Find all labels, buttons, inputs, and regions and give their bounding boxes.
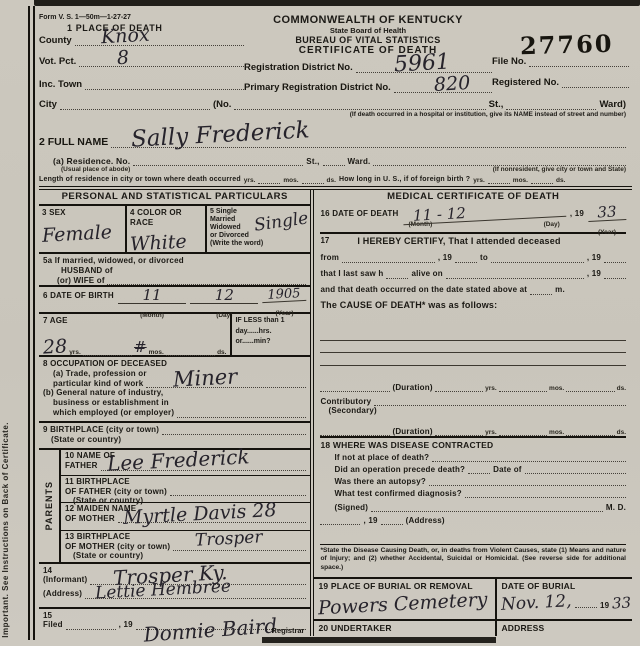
medical-title: MEDICAL CERTIFICATE OF DEATH (320, 190, 626, 204)
q3-label: Was there an autopsy? (334, 477, 425, 487)
test-confirmed-field: What test confirmed diagnosis? (334, 488, 626, 498)
date-of-death-field: 11 - 12 (Month) (Day) (403, 206, 566, 228)
comma-19-label: , 19 (438, 253, 452, 263)
mother-name-row: 12 MAIDEN NAME OF MOTHER Myrtle Davis 28 (61, 503, 310, 531)
age-row: 7 AGE 28 yrs. # mos. ds. IF LESS than 1 (39, 314, 310, 357)
city-label: City (39, 99, 57, 110)
board-title: State Board of Health (244, 26, 492, 35)
registered-no-field: Registered No. (492, 77, 629, 88)
died-label: and that death occurred on the date stat… (320, 285, 527, 295)
yrs-label: yrs. (244, 177, 256, 184)
informant-label: (Informant) (43, 575, 87, 585)
date-of-burial-value: Nov. 12, (501, 592, 572, 616)
where-disease-contracted-block: 18 WHERE WAS DISEASE CONTRACTED If not a… (320, 436, 626, 544)
place-of-burial-field: 19 PLACE OF BURIAL OR REMOVAL Powers Cem… (314, 579, 495, 619)
blank-line (320, 351, 626, 353)
s5a-label: 5a If married, widowed, or divorced (43, 256, 306, 266)
certificate-header: Form V. S. 1—50m—1-27-27 1 PLACE OF DEAT… (39, 6, 632, 93)
duration-field: (Duration) yrs. mos. ds. (320, 376, 626, 392)
blank-line (320, 339, 626, 341)
leader-line (429, 476, 626, 486)
leader-line (566, 426, 614, 436)
race-field: 4 COLOR OR RACE White (125, 206, 205, 252)
leader-line (432, 452, 626, 462)
leader-line (604, 253, 626, 263)
date-of-death-row: 16 DATE OF DEATH 11 - 12 (Month) (Day) ,… (320, 204, 626, 234)
ds-label: ds. (556, 177, 565, 184)
birthplace-row: 9 BIRTHPLACE (city or town) (State or co… (39, 423, 310, 450)
full-name-label: 2 FULL NAME (39, 136, 108, 148)
age-label: 7 AGE (43, 316, 226, 326)
signed-date-field: , 19 (Address) (320, 515, 626, 525)
leader-line (525, 464, 626, 474)
md-label: M. D. (606, 503, 626, 513)
day-caption: (Day) (544, 221, 560, 228)
dob-day-value: 12 (190, 289, 258, 304)
father-birthplace-label: OF FATHER (city or town) (65, 487, 167, 497)
residence-label: (a) Residence. No. (53, 156, 130, 166)
leader-line (531, 174, 553, 184)
dob-label: 6 DATE OF BIRTH (43, 289, 114, 301)
leader-line (177, 408, 306, 418)
filed-label: Filed (43, 620, 63, 630)
ds-label: ds. (327, 177, 336, 184)
residence-st-label: St., (306, 157, 319, 167)
registration-district-label: Registration District No. (244, 62, 353, 73)
leader-line (465, 488, 626, 498)
leader-line (170, 486, 306, 496)
father-name-row: 10 NAME OF FATHER Lee Frederick (61, 450, 310, 476)
city-no-label: (No. (213, 99, 231, 110)
undertaker-field: 20 UNDERTAKER (314, 621, 495, 636)
registrar-label: Registrar (272, 626, 305, 635)
leader-line (258, 174, 280, 184)
leader-line (162, 425, 306, 435)
mother-birthplace-label: 13 BIRTHPLACE (65, 532, 306, 542)
ds-label: ds. (617, 385, 626, 392)
autopsy-field: Was there an autopsy? (334, 476, 626, 486)
leader-line (499, 382, 547, 392)
m-label: m. (555, 285, 565, 295)
leader-line (562, 78, 629, 88)
leader-line (468, 464, 490, 474)
ifless-line: IF LESS than 1 (235, 316, 307, 327)
certificate-title: CERTIFICATE OF DEATH (244, 45, 492, 56)
death-occurred-field: and that death occurred on the date stat… (320, 285, 626, 295)
occupation-a-line: particular kind of work (53, 379, 143, 389)
certificate-body: Form V. S. 1—50m—1-27-27 1 PLACE OF DEAT… (28, 6, 632, 640)
undertaker-address-field: ADDRESS (495, 621, 632, 636)
birthplace-label: 9 BIRTHPLACE (city or town) (43, 425, 159, 435)
burial-19-label: 19 (600, 601, 609, 611)
date-of-burial-field: DATE OF BURIAL Nov. 12, 19 33 (495, 579, 632, 619)
certify-number: 17 (320, 236, 329, 247)
comma-19-label: , 19 (587, 253, 601, 263)
leader-line (530, 285, 552, 295)
birthplace-sub-label: (State or country) (51, 435, 306, 445)
yrs-label: yrs. (473, 177, 485, 184)
city-st-label: St., (489, 99, 504, 110)
informant-row: 14 (Informant) Trosper Ky. (Address) Let… (39, 564, 310, 609)
parents-block: PARENTS 10 NAME OF FATHER Lee Frederick (39, 450, 310, 564)
form-number: Form V. S. 1—50m—1-27-27 (39, 14, 244, 21)
parents-label: PARENTS (44, 481, 54, 530)
mos-label: mos. (549, 385, 564, 392)
leader-line (374, 396, 626, 406)
leader-line (133, 156, 303, 166)
death-year-value: 33 (588, 205, 627, 221)
residence-note-nonresident: (If nonresident, give city or town and S… (493, 166, 626, 173)
age-field: 7 AGE 28 yrs. # mos. ds. (39, 314, 230, 355)
husband-wife-row: 5a If married, widowed, or divorced HUSB… (39, 254, 310, 287)
primary-registration-district-label: Primary Registration District No. (244, 82, 391, 93)
vot-pct-field: Vot. Pct. 8 (39, 56, 244, 67)
race-value: White (130, 234, 188, 254)
certify-label: I HEREBY CERTIFY, That I attended deceas… (357, 236, 560, 247)
duration-field-2: (Duration) yrs. mos. ds. (320, 420, 626, 436)
residence-field: (a) Residence. No. St., Ward. (39, 156, 626, 166)
upper-section: City (No. St., Ward) (If death occurred … (39, 99, 632, 184)
from-label: from (320, 253, 339, 263)
cause-of-death-lines (320, 328, 626, 376)
disease-contracted-label: 18 WHERE WAS DISEASE CONTRACTED (320, 440, 626, 450)
occupation-value: Miner (172, 365, 237, 392)
mos-label: mos. (283, 177, 298, 184)
marital-line: (Write the word) (210, 240, 307, 248)
race-label: 4 COLOR OR RACE (130, 208, 202, 227)
leader-line (455, 253, 477, 263)
dob-year-value: 1905 (262, 288, 307, 303)
comma-19-label: , 19 (363, 516, 377, 526)
last-saw-field: that I last saw h alive on , 19 (320, 269, 626, 279)
undertaker-row: 20 UNDERTAKER ADDRESS (314, 619, 632, 636)
columns: PERSONAL AND STATISTICAL PARTICULARS 3 S… (39, 186, 632, 636)
county-field: County Knox (39, 35, 244, 46)
informant-address-field: (Address) Lettie Hembree (43, 589, 306, 599)
leader-line (488, 174, 510, 184)
date-of-birth-row: 6 DATE OF BIRTH 11 (Month) 12 (Day) 1905… (39, 287, 310, 314)
secondary-label: (Secondary) (328, 406, 626, 416)
city-ward-label: Ward) (599, 99, 626, 110)
leader-line (342, 253, 435, 263)
residence-note-abode: (Usual place of abode) (61, 166, 130, 173)
father-birthplace-label: 11 BIRTHPLACE (65, 477, 306, 487)
q2-label: Did an operation precede death? (334, 465, 465, 475)
dob-month-value: 11 (118, 289, 186, 304)
inc-town-label: Inc. Town (39, 79, 82, 90)
bureau-title: BUREAU OF VITAL STATISTICS (244, 35, 492, 45)
leader-line (435, 426, 483, 436)
leader-line (320, 515, 360, 525)
residence-notes: (Usual place of abode) (If nonresident, … (39, 166, 626, 173)
howlong-label: How long in U. S., if of foreign birth ? (339, 176, 470, 184)
to-label: to (480, 253, 488, 263)
mother-birthplace-field: OF MOTHER (city or town) Trosper (65, 541, 306, 551)
filed-field: Filed , 19 Donnie Baird (43, 620, 306, 630)
leader-line (386, 269, 408, 279)
leader-line (320, 382, 390, 392)
mos-label: mos. (149, 349, 164, 356)
not-at-place-field: If not at place of death? (334, 452, 626, 462)
ds-label: ds. (617, 429, 626, 436)
certify-heading: 17 I HEREBY CERTIFY, That I attended dec… (320, 236, 626, 247)
occupation-value-field: particular kind of work Miner (53, 378, 306, 388)
ds-label: ds. (217, 349, 226, 356)
primary-registration-district-value: 820 (434, 75, 471, 94)
leader-line (234, 100, 485, 110)
sex-race-marital-row: 3 SEX Female 4 COLOR OR RACE White 5 Sin… (39, 206, 310, 254)
ifless-line: or......min? (235, 337, 307, 348)
registered-no-label: Registered No. (492, 77, 559, 88)
commonwealth-title: COMMONWEALTH OF KENTUCKY (244, 14, 492, 26)
leader-line (604, 269, 626, 279)
father-birthplace-field: OF FATHER (city or town) (65, 486, 306, 496)
vot-pct-value: 8 (117, 50, 130, 68)
city-note: (If death occurred in a hospital or inst… (39, 111, 626, 118)
residence-ward-label: Ward. (348, 157, 371, 167)
sex-field: 3 SEX Female (39, 206, 125, 252)
footnote: *State the Disease Causing Death, or, in… (320, 544, 626, 577)
file-number-stamp: 27760 (519, 29, 613, 60)
certify-block: 17 I HEREBY CERTIFY, That I attended dec… (320, 234, 626, 328)
date-of-burial-label: DATE OF BURIAL (501, 581, 628, 591)
place-of-death-heading: 1 PLACE OF DEATH (67, 23, 244, 33)
sex-value: Female (42, 224, 113, 245)
occupation-b-line: which employed (or employer) (53, 408, 174, 418)
ifless-line: day......hrs. (235, 327, 307, 338)
leader-line (320, 426, 390, 436)
occupation-b-line: business or establishment in (53, 398, 306, 408)
father-name-field: FATHER Lee Frederick (65, 461, 306, 471)
comma-19-label: , 19 (570, 206, 584, 219)
yrs-label: yrs. (485, 429, 497, 436)
registration-district-field: Registration District No. 5961 (244, 62, 492, 73)
mother-birthplace-value: Trosper (195, 528, 263, 552)
leader-line (66, 620, 116, 630)
father-label: FATHER (65, 461, 98, 471)
leader-line (166, 346, 215, 356)
leader-line (446, 269, 584, 279)
medical-column: MEDICAL CERTIFICATE OF DEATH 16 DATE OF … (314, 190, 632, 636)
yrs-label: yrs. (485, 385, 497, 392)
burial-year-value: 33 (612, 594, 632, 613)
leader-line (499, 426, 547, 436)
leader-line (302, 174, 324, 184)
duration-label: (Duration) (392, 383, 432, 393)
sex-label: 3 SEX (42, 208, 122, 218)
mos-label: mos. (549, 429, 564, 436)
q4-label: What test confirmed diagnosis? (334, 489, 461, 499)
mother-birthplace-label: OF MOTHER (city or town) (65, 542, 170, 552)
filed-19-label: , 19 (119, 620, 133, 630)
side-margin-note: Important. See Instructions on Back of C… (1, 422, 10, 638)
operation-field: Did an operation precede death? Date of (334, 464, 626, 474)
place-of-burial-value: Powers Cemetery (318, 589, 488, 620)
blank-line (320, 364, 626, 366)
yrs-label: yrs. (69, 349, 81, 356)
if-less-than-one-day-cell: IF LESS than 1 day......hrs. or......min… (230, 314, 310, 355)
mother-name-field: OF MOTHER Myrtle Davis 28 (65, 513, 306, 523)
q1-label: If not at place of death? (334, 453, 429, 463)
leader-line (85, 80, 244, 90)
birthplace-field: 9 BIRTHPLACE (city or town) (43, 425, 306, 435)
personal-column: PERSONAL AND STATISTICAL PARTICULARS 3 S… (39, 190, 314, 636)
signed-field: (Signed) M. D. (334, 502, 626, 512)
leader-line (107, 275, 307, 285)
undertaker-label: 20 UNDERTAKER (318, 623, 491, 633)
leader-line (435, 382, 483, 392)
leader-line (491, 253, 584, 263)
vot-pct-label: Vot. Pct. (39, 56, 76, 67)
date-of-death-label: 16 DATE OF DEATH (320, 206, 398, 219)
burial-row: 19 PLACE OF BURIAL OR REMOVAL Powers Cem… (314, 577, 632, 619)
leader-line (323, 156, 345, 166)
contributory-field: Contributory (Secondary) (320, 392, 626, 420)
husband-of-label: HUSBAND of (61, 266, 306, 276)
filed-row: 15 Filed , 19 Donnie Baird Registrar (39, 609, 310, 636)
duration-label: (Duration) (392, 427, 432, 437)
header-center: COMMONWEALTH OF KENTUCKY State Board of … (244, 14, 492, 93)
comma-19-label: , 19 (587, 269, 601, 279)
address-caption: (Address) (406, 516, 445, 526)
header-right: 27760 File No. Registered No. (492, 14, 639, 93)
leader-line (506, 100, 596, 110)
inc-town-field: Inc. Town (39, 79, 244, 90)
leader-line (371, 502, 603, 512)
county-label: County (39, 35, 72, 46)
occupation-row: 8 OCCUPATION OF DECEASED (a) Trade, prof… (39, 357, 310, 422)
mos-label: mos. (513, 177, 528, 184)
leader-line (79, 57, 244, 67)
signed-label: (Signed) (334, 503, 368, 513)
lastsaw-label: that I last saw h (320, 269, 383, 279)
registration-district-value: 5961 (394, 53, 451, 76)
leader-line (60, 100, 210, 110)
age-years-value: 28 (43, 338, 68, 356)
wife-of-label: (or) WIFE of (57, 276, 105, 286)
mother-birthplace-row: 13 BIRTHPLACE OF MOTHER (city or town) T… (61, 531, 310, 562)
city-field: City (No. St., Ward) (39, 99, 626, 110)
length-of-residence-field: Length of residence in city or town wher… (39, 174, 626, 184)
age-months-scribble: # (134, 338, 147, 356)
length-label: Length of residence in city or town wher… (39, 176, 241, 184)
informant-address-label: (Address) (43, 589, 82, 599)
leader-line (373, 156, 626, 166)
county-value: Knox (101, 27, 150, 47)
marital-field: 5 Single Married Widowed or Divorced (Wr… (205, 206, 310, 252)
parents-vertical-label: PARENTS (39, 450, 61, 562)
leader-line (566, 382, 614, 392)
leader-line (83, 346, 132, 356)
header-left: Form V. S. 1—50m—1-27-27 1 PLACE OF DEAT… (39, 14, 244, 93)
mother-label: OF MOTHER (65, 514, 115, 524)
full-name-field: 2 FULL NAME Sally Frederick (39, 126, 626, 148)
personal-title: PERSONAL AND STATISTICAL PARTICULARS (39, 190, 310, 206)
cause-of-death-label: The CAUSE OF DEATH* was as follows: (320, 300, 626, 311)
undertaker-address-label: ADDRESS (501, 623, 628, 633)
parents-rows: 10 NAME OF FATHER Lee Frederick 11 BIRTH… (61, 450, 310, 562)
mother-birthplace-sub: (State or country) (73, 551, 306, 561)
death-certificate-scan: Important. See Instructions on Back of C… (0, 0, 640, 646)
contributory-label: Contributory (320, 397, 371, 407)
date-of-label: Date of (493, 465, 522, 475)
leader-line (381, 515, 403, 525)
primary-registration-district-field: Primary Registration District No. 820 (244, 82, 492, 93)
employer-field: which employed (or employer) (53, 408, 306, 418)
attended-from-field: from , 19 to , 19 (320, 253, 626, 263)
leader-line (575, 598, 597, 608)
alive-on-label: alive on (411, 269, 442, 279)
